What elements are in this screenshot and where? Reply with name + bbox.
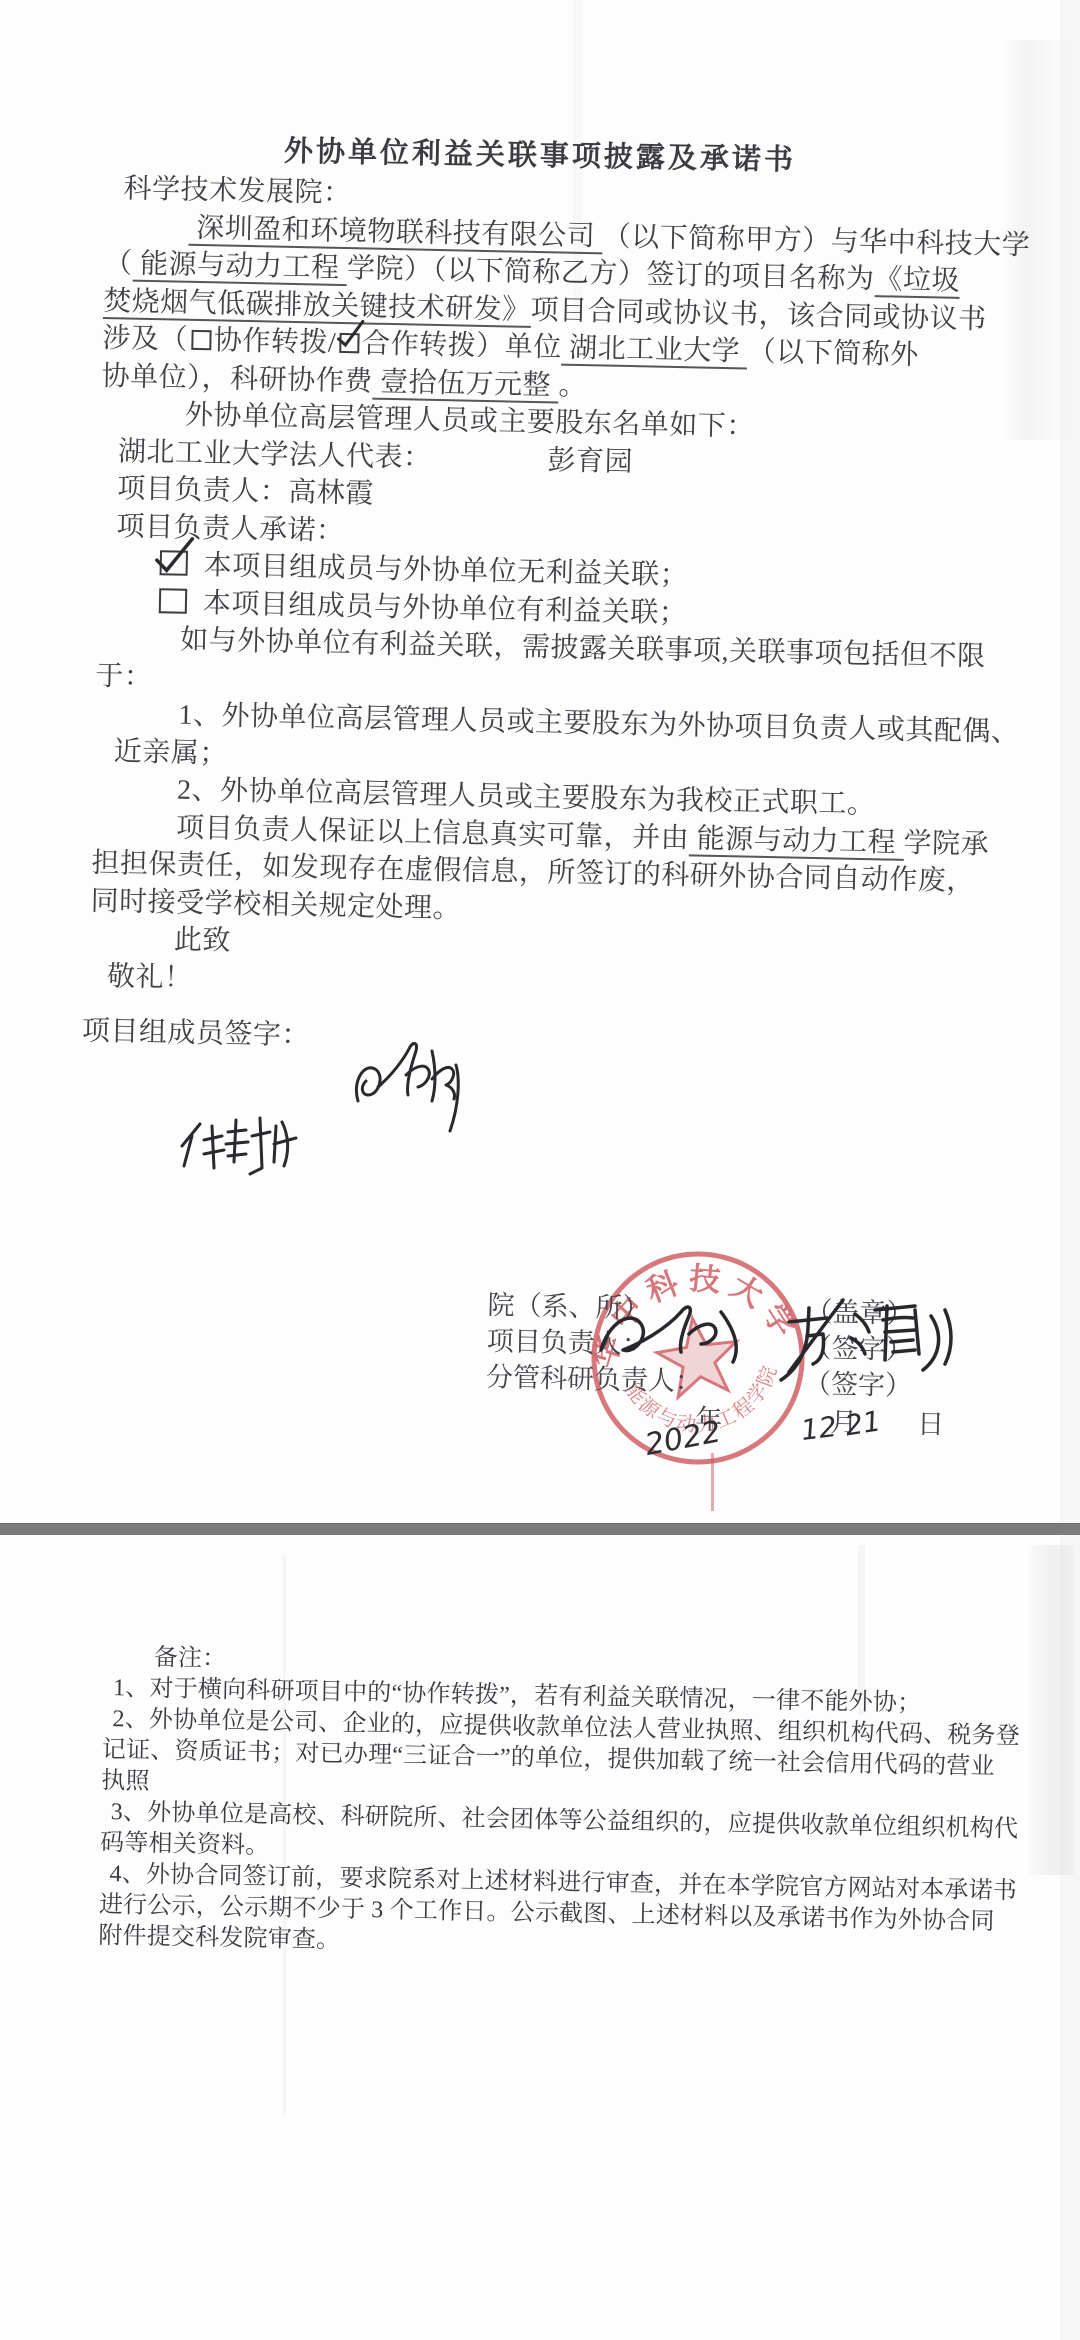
doc-text-segment: 壹拾伍万元整 (372, 366, 559, 403)
doc-text-segment: 湖北工业大学法人代表： (118, 436, 432, 474)
doc-text-segment: （以下简称甲方）与华中科技大学 (602, 221, 1030, 261)
doc-text-segment: 能源与动力工程 (689, 823, 904, 860)
notes-lines: 备注：1、对于横向科研项目中的“协作转拨”，若有利益关联情况，一律不能外协；2、… (98, 1642, 994, 1969)
doc-text-segment: 合作转拨）单位 (362, 328, 562, 363)
scan-streak (1028, 1545, 1074, 1875)
checkbox-sm-checked (339, 333, 359, 353)
doc-text-segment: 本项目组成员与外协单位有利益关联； (203, 588, 688, 629)
research-director-label: 分管科研负责人： (486, 1362, 703, 1397)
doc-line: 项目组成员签字： (82, 1013, 994, 1070)
handwritten-year: 2022 (642, 1414, 724, 1463)
handwritten-day: 21 (843, 1404, 883, 1442)
doc-text-segment: 涉及（ (102, 323, 188, 356)
sign-hint-2: （签字） (804, 1362, 913, 1403)
doc-text-segment: 项目组成员签字： (82, 1016, 311, 1052)
doc-text-segment: 协单位），科研协作费 (101, 360, 373, 397)
handwritten-month: 12 (799, 1410, 838, 1447)
doc-text-segment: 项目负责人：高林霞 (117, 473, 374, 509)
doc-text-segment: 能源与动力工程 (132, 249, 347, 286)
member-signature-2 (165, 1110, 315, 1190)
doc-text-segment: 项目负责人承诺： (116, 511, 345, 547)
doc-text-segment: 近亲属； (114, 736, 229, 769)
sign-hint-1: （签字） (804, 1326, 913, 1367)
doc-text-segment: 项目合同或协议书，该合同或协议书 (530, 294, 987, 335)
scan-divider-band (0, 1523, 1080, 1535)
project-leader-label: 项目负责人： (486, 1326, 649, 1359)
notes-section: 备注：1、对于横向科研项目中的“协作转拨”，若有利益关联情况，一律不能外协；2、… (98, 1642, 994, 1969)
approval-sign-block: 院（系、所） （盖章） 项目负责人： （签字） 分管科研负责人： （签字） 年 … (484, 1283, 968, 1473)
seal-hint: （盖章） (805, 1290, 914, 1331)
doc-text-segment: 彭育园 (547, 445, 633, 478)
scan-streak (1060, 0, 1080, 2340)
doc-text-segment: 科学技术发展院： (123, 173, 352, 209)
doc-text-segment: 此致 (174, 925, 232, 957)
dept-label: 院（系、所） (487, 1290, 650, 1323)
doc-text-segment: （ (104, 248, 133, 280)
scanned-document-page: { "document": { "title": "外协单位利益关联事项披露及承… (0, 0, 1080, 2340)
doc-text-segment: 于： (95, 660, 153, 692)
document-body: 科学技术发展院： 深圳盈和环境物联科技有限公司 （以下简称甲方）与华中科技大学（… (88, 170, 1011, 1069)
document-lines: 科学技术发展院： 深圳盈和环境物联科技有限公司 （以下简称甲方）与华中科技大学（… (88, 170, 1011, 1069)
doc-text-segment: 学院承 (903, 827, 989, 860)
checkbox-lg-unchecked (159, 588, 188, 614)
doc-text-segment: 同时接受学校相关规定处理。 (90, 885, 461, 924)
doc-text-segment: 敬礼！ (107, 961, 193, 994)
doc-text-segment: 本项目组成员与外协单位无利益关联； (203, 550, 688, 591)
doc-text-segment: 。 (558, 370, 587, 402)
day-label: 日 (917, 1402, 945, 1442)
doc-text-segment: 协作转拨/ (214, 325, 337, 359)
checkbox-sm-unchecked (191, 330, 211, 350)
doc-text-segment: （以下简称外 (747, 336, 919, 371)
date-row: 年 月 日 2022 12 21 (484, 1393, 965, 1463)
doc-text-segment: 《垃圾 (874, 264, 960, 299)
checkbox-lg-checked (160, 550, 189, 576)
doc-text-segment: 湖北工业大学 (561, 333, 748, 370)
